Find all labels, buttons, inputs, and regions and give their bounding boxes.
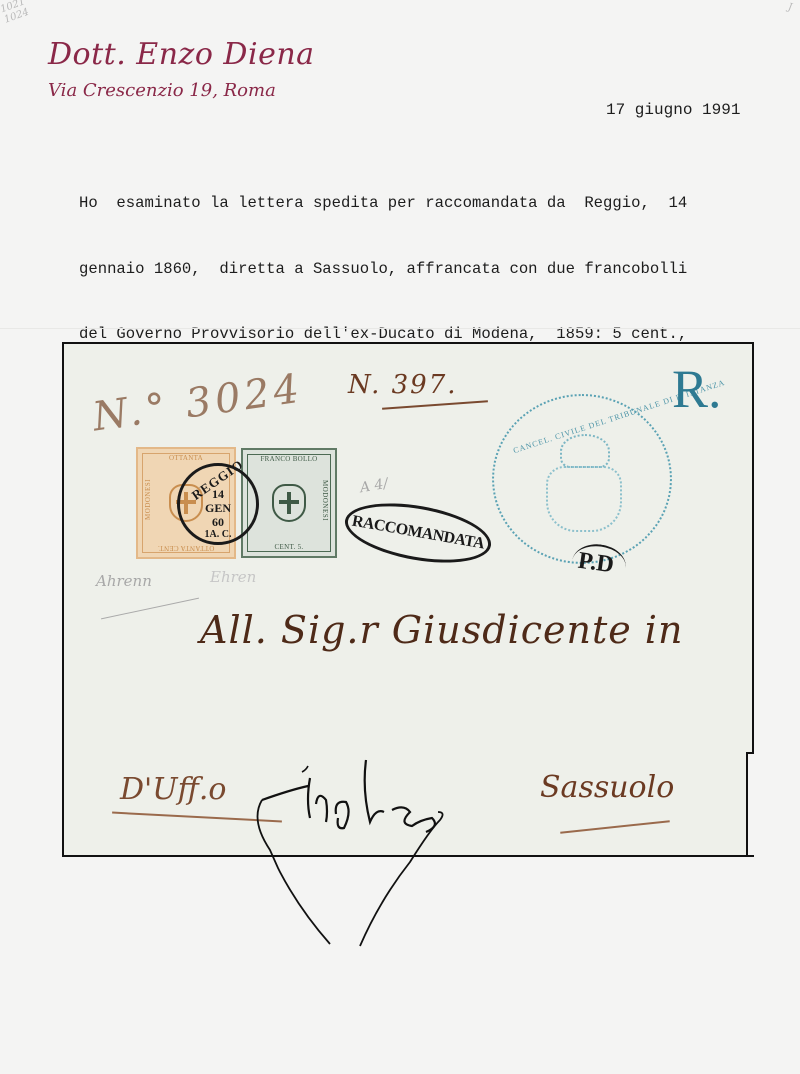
coat-of-arms-icon <box>546 466 622 532</box>
address-line-2-left: D'Uff.o <box>120 772 226 807</box>
pencil-margin-note-right: J <box>787 2 793 14</box>
registered-mark: R. <box>672 358 722 420</box>
stamp-side-label: MODONESI <box>321 480 329 521</box>
letter-photo-edge-gap <box>748 754 754 855</box>
stamp-bottom-label: CENT. 5. <box>243 543 335 551</box>
address-line-1: All. Sig.r Giusdicente in <box>200 608 683 652</box>
stamp-top-label: FRANCO BOLLO <box>243 455 335 463</box>
pencil-note-left: Ahrenn <box>96 572 152 590</box>
tribunal-seal: CANCEL. CIVILE DEL TRIBUNALE DI P. ISTAN… <box>492 394 672 564</box>
stamp-bottom-label: OTTANTA CENT. <box>138 544 234 552</box>
address-line-2-right: Sassuolo <box>540 770 674 805</box>
postmark-year: 60 <box>180 516 256 528</box>
certificate-line: Ho esaminato la lettera spedita per racc… <box>79 193 755 215</box>
crown-icon <box>560 434 610 468</box>
postmark-time: 1A. C. <box>180 529 256 541</box>
paper-fold-line <box>0 328 800 329</box>
stamp-top-label: OTTANTA <box>138 454 234 462</box>
postmark-day: 14 <box>180 488 256 500</box>
pencil-margin-note-left: 1021 1024 <box>0 0 30 26</box>
paid-mark: P.D <box>576 548 615 580</box>
letterhead-name: Dott. Enzo Diena <box>48 36 315 74</box>
letter-photo-edge <box>752 342 754 754</box>
reggio-postmark: REGGIO 14 GEN 60 1A. C. <box>177 463 259 545</box>
letter-photo-edge <box>746 752 748 857</box>
letterhead: Dott. Enzo Diena Via Crescenzio 19, Roma <box>48 36 315 104</box>
pencil-note-left-2: Ehren <box>210 568 256 586</box>
certificate-line: gennaio 1860, diretta a Sassuolo, affran… <box>79 259 755 281</box>
stamp-side-label: MODONESI <box>144 479 152 520</box>
letterhead-address: Via Crescenzio 19, Roma <box>48 78 315 104</box>
certificate-date: 17 giugno 1991 <box>606 101 740 119</box>
savoy-cross-icon <box>272 484 306 522</box>
postmark-month: GEN <box>180 502 256 514</box>
manuscript-number-right: N. 397. <box>348 370 458 400</box>
letter-photo-edge <box>746 752 754 754</box>
